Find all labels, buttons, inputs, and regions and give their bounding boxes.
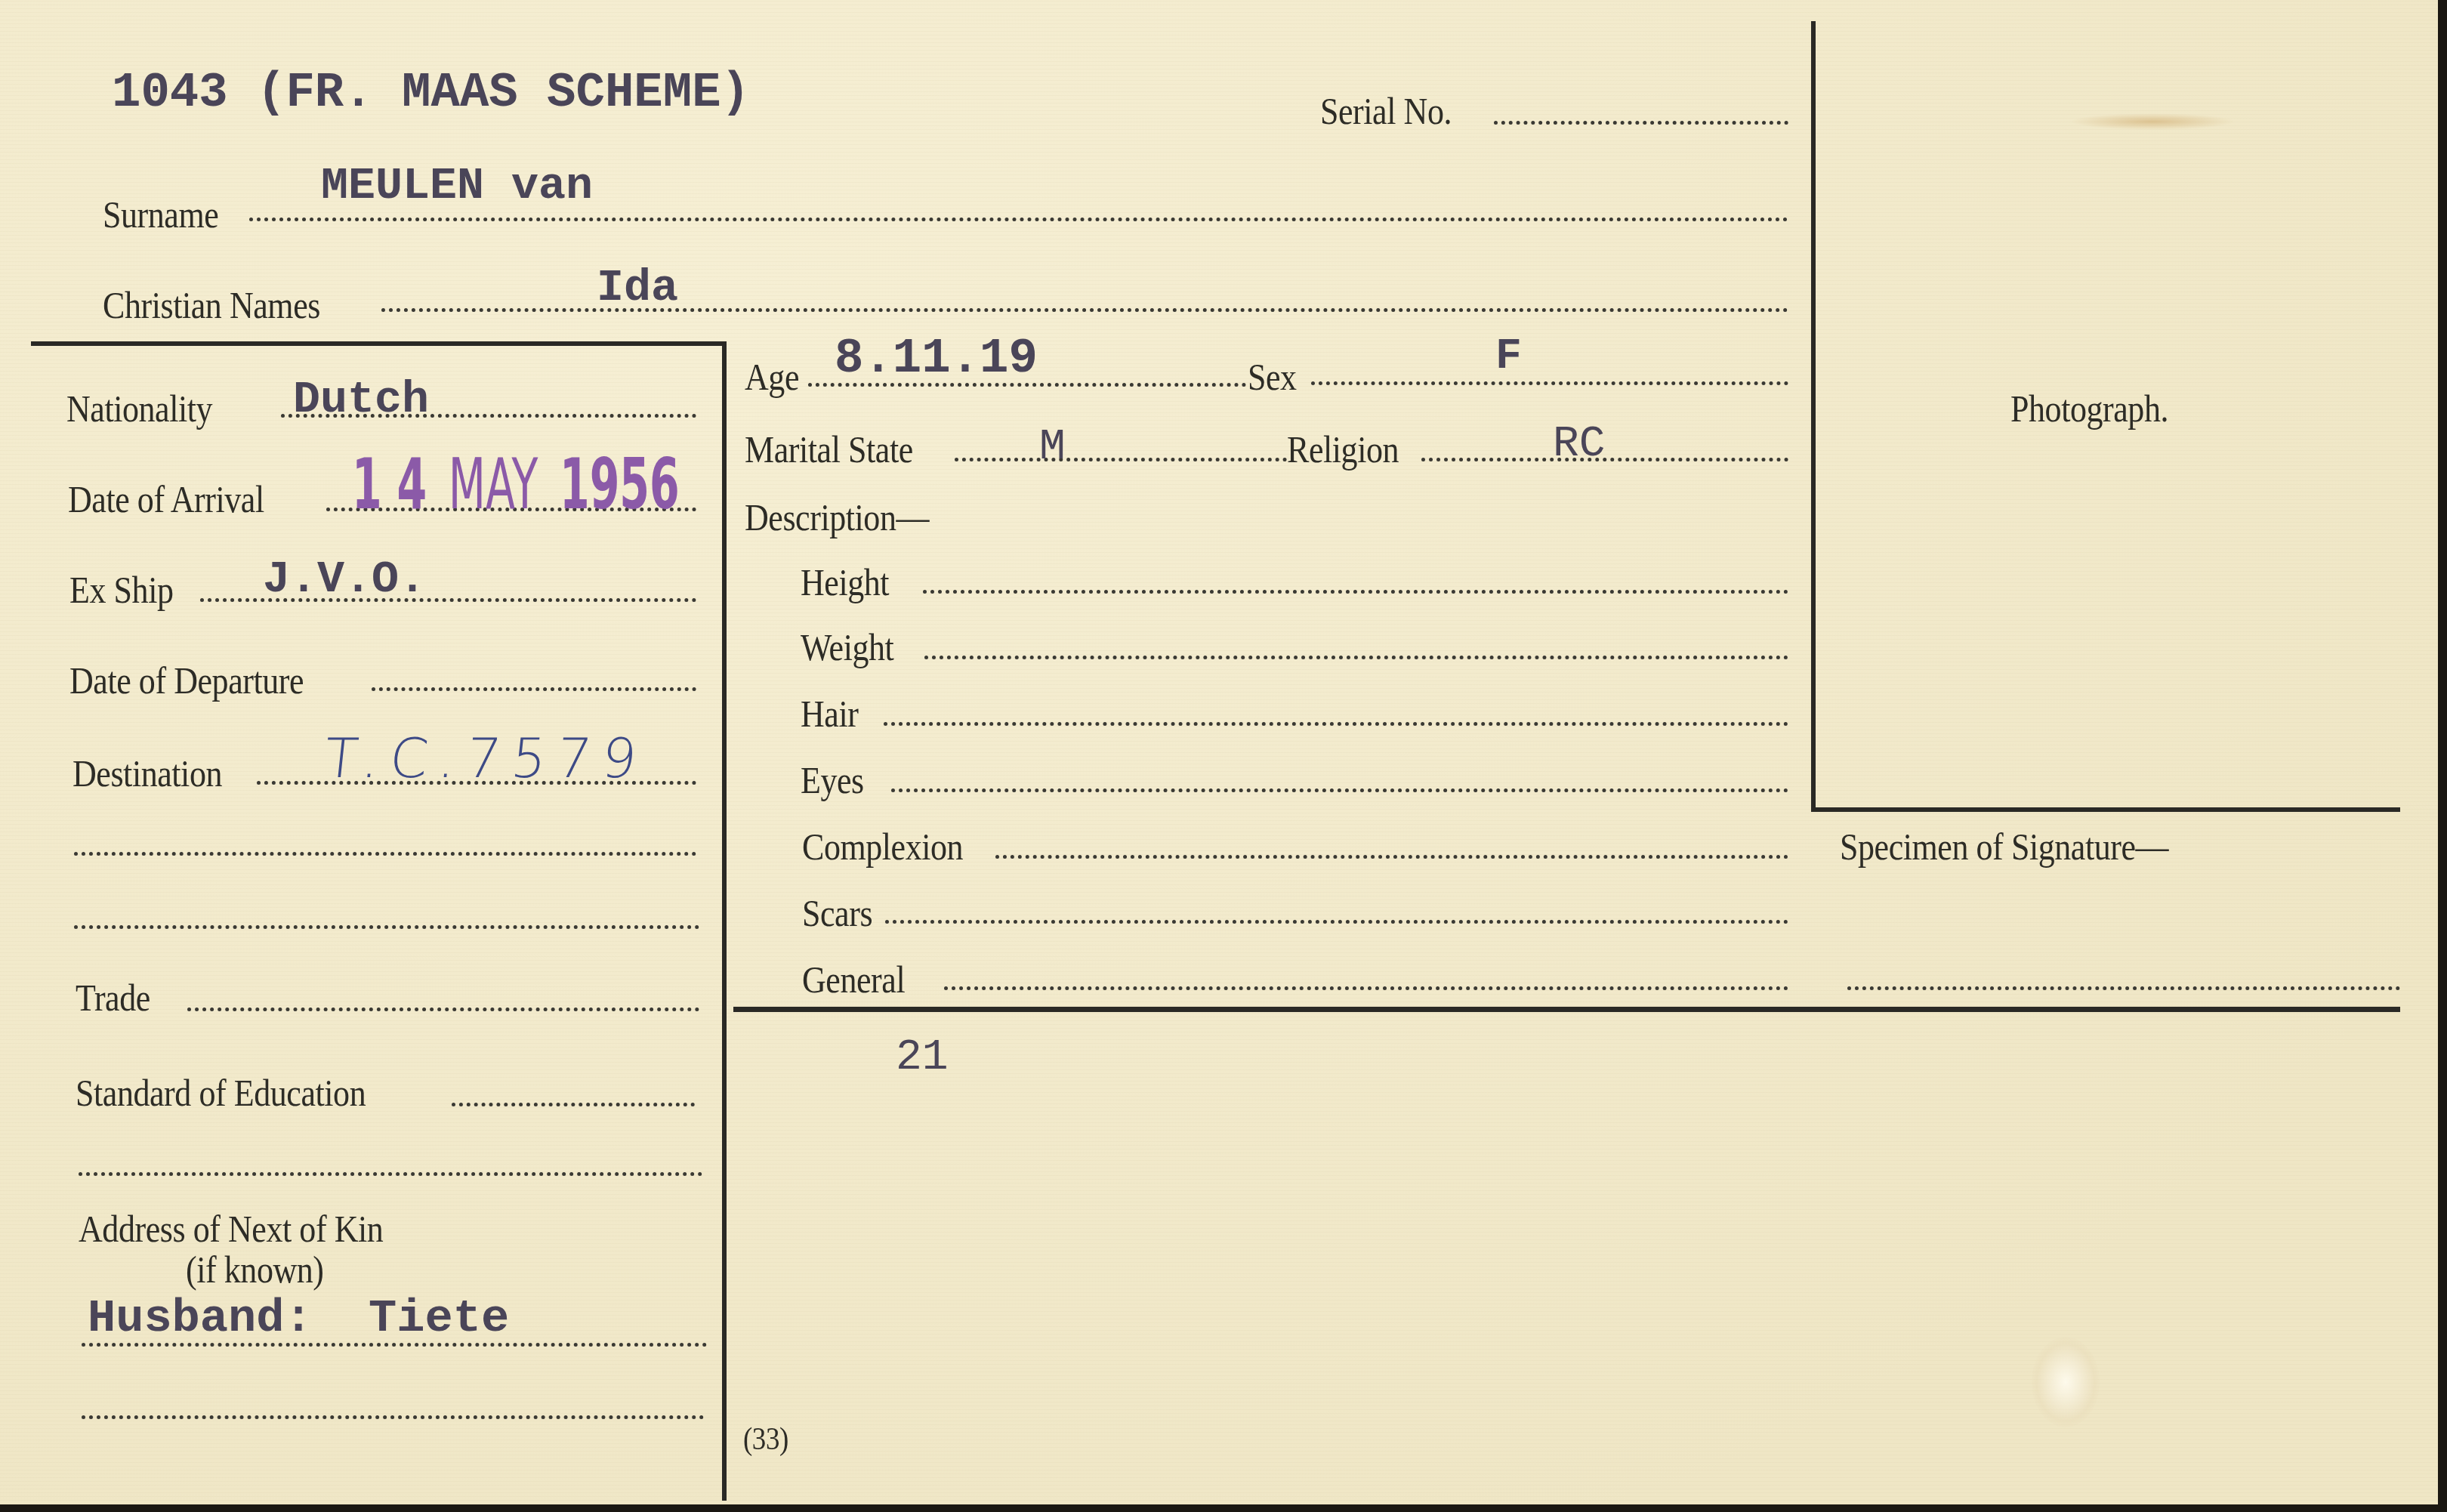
christian-names-value: Ida: [597, 263, 678, 314]
age-value: 8.11.19: [835, 332, 1038, 387]
nationality-label: Nationality: [66, 387, 212, 430]
signature-label: Specimen of Signature—: [1840, 825, 2168, 869]
destination-value: T.C.7579: [322, 727, 651, 790]
next-of-kin-sublabel: (if known): [186, 1248, 324, 1291]
complexion-field[interactable]: [995, 855, 1788, 859]
paper-damage-mark: [2032, 1337, 2100, 1427]
sex-label: Sex: [1248, 355, 1297, 399]
surname-label: Surname: [103, 193, 218, 236]
form-number: (33): [743, 1421, 788, 1458]
weight-field[interactable]: [924, 656, 1788, 659]
destination-label: Destination: [73, 751, 222, 795]
eyes-field[interactable]: [891, 788, 1788, 792]
general-label: General: [802, 958, 905, 1001]
trade-field[interactable]: [187, 1007, 699, 1011]
hair-label: Hair: [801, 692, 858, 736]
christian-names-label: Christian Names: [103, 283, 320, 327]
ex-ship-value: J.V.O.: [263, 554, 426, 606]
stamp-month: MAY: [449, 444, 538, 525]
surname-field[interactable]: [249, 218, 1788, 221]
next-of-kin-extra-line[interactable]: [82, 1415, 704, 1419]
nationality-value: Dutch: [293, 375, 429, 426]
description-bottom-border: [733, 1007, 2400, 1012]
age-label: Age: [745, 355, 799, 399]
weight-label: Weight: [801, 625, 893, 669]
stamp-year: 1956: [560, 444, 680, 525]
marital-state-field[interactable]: [955, 458, 1287, 461]
stamp-day: 1 4: [352, 444, 427, 525]
marital-state-value: M: [1039, 423, 1066, 472]
complexion-label: Complexion: [802, 825, 963, 869]
sex-value: F: [1495, 332, 1522, 381]
destination-extra-line-1[interactable]: [74, 852, 696, 856]
header-reference: 1043 (FR. MAAS SCHEME): [112, 66, 750, 121]
photo-box-bottom-border: [1811, 807, 2400, 812]
scars-label: Scars: [802, 891, 872, 935]
next-of-kin-field[interactable]: [82, 1343, 707, 1347]
religion-label: Religion: [1287, 427, 1399, 471]
height-label: Height: [801, 560, 889, 604]
typed-note: 21: [896, 1033, 949, 1082]
hair-field[interactable]: [884, 722, 1788, 726]
date-of-departure-label: Date of Departure: [69, 659, 304, 702]
religion-value: RC: [1553, 420, 1606, 469]
general-field[interactable]: [944, 986, 1788, 990]
next-of-kin-value: Husband: Tiete: [88, 1291, 509, 1345]
standard-of-education-extra-line[interactable]: [79, 1172, 702, 1176]
surname-value: MEULEN van: [321, 161, 593, 212]
scars-field[interactable]: [885, 920, 1788, 924]
date-of-departure-field[interactable]: [372, 687, 696, 691]
date-of-arrival-label: Date of Arrival: [68, 477, 264, 521]
sex-field[interactable]: [1311, 381, 1788, 385]
photo-box-left-border: [1811, 21, 1816, 811]
serial-no-field[interactable]: [1494, 121, 1788, 125]
height-field[interactable]: [923, 590, 1788, 594]
next-of-kin-label: Address of Next of Kin: [79, 1207, 383, 1251]
photograph-label: Photograph.: [2010, 387, 2168, 430]
paper-stain: [2069, 113, 2236, 130]
christian-names-field[interactable]: [381, 308, 1788, 312]
marital-state-label: Marital State: [745, 427, 913, 471]
left-box-divider: [722, 341, 727, 1501]
serial-no-label: Serial No.: [1320, 89, 1452, 133]
destination-extra-line-2[interactable]: [74, 925, 699, 929]
immigration-record-card: 1043 (FR. MAAS SCHEME) Serial No. Surnam…: [0, 0, 2438, 1504]
eyes-label: Eyes: [801, 758, 864, 802]
description-label: Description—: [745, 495, 929, 539]
standard-of-education-field[interactable]: [452, 1103, 695, 1106]
ex-ship-label: Ex Ship: [69, 568, 174, 612]
date-of-arrival-stamp: 1 4 MAY 1956: [352, 444, 680, 525]
left-box-top-border: [31, 341, 724, 346]
signature-field[interactable]: [1847, 986, 2400, 990]
trade-label: Trade: [76, 976, 150, 1020]
standard-of-education-label: Standard of Education: [76, 1071, 366, 1115]
